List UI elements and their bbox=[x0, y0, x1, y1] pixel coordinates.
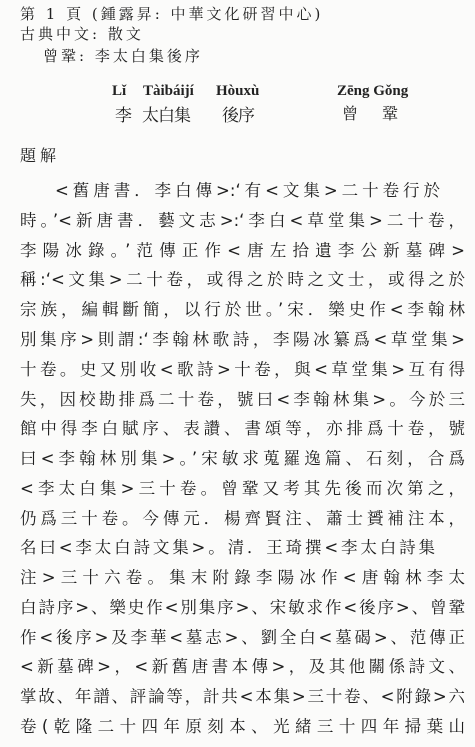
page-header-line: 第 1 頁 (鍾露昇: 中華文化研習中心) bbox=[20, 3, 323, 24]
body-line: 注>三十六卷。集末附錄李陽冰作<唐翰林李太 bbox=[20, 564, 465, 588]
body-line: 稱:‘<文集>二十卷，或得之於時之文士，或得之於 bbox=[20, 266, 465, 290]
section-heading: 題解 bbox=[20, 143, 60, 166]
body-line: <李太白集>三十卷。曾鞏又考其先後而次第之， bbox=[20, 475, 465, 499]
hanzi-author-zeng: 曾 bbox=[342, 101, 358, 124]
body-line: <舊唐書．李白傳>:‘有<文集>二十卷行於 bbox=[55, 177, 440, 201]
body-line: 時。’<新唐書．藝文志>:‘李白<草堂集>二十卷， bbox=[20, 207, 465, 231]
document-page: 第 1 頁 (鍾露昇: 中華文化研習中心) 古典中文: 散文 曾鞏: 李太白集後… bbox=[0, 0, 475, 747]
pinyin-author: Zēng Gǒng bbox=[337, 83, 408, 100]
body-line: 館中得李白賦序、表讚、書頌等，亦排爲十卷，號 bbox=[20, 415, 465, 439]
body-line: 仍爲三十卷。今傳元．楊齊賢注、蕭士贇補注本， bbox=[20, 505, 465, 529]
body-line: <新墓碑>，<新舊唐書本傳>，及其他關係詩文、 bbox=[20, 653, 465, 677]
body-line: 李陽冰錄。’范傳正作<唐左拾遺李公新墓碑> bbox=[20, 237, 465, 261]
author-title-line: 曾鞏: 李太白集後序 bbox=[43, 45, 203, 66]
body-line: 曰<李翰林別集>。’宋敏求蒐羅逸篇、石刻，合爲 bbox=[20, 445, 465, 469]
pinyin-houxu: Hòuxù bbox=[216, 83, 259, 100]
hanzi-houxu: 後序 bbox=[222, 101, 254, 126]
body-line: 掌故、年譜、評論等，計共<本集>三十卷、<附錄>六 bbox=[20, 683, 465, 707]
body-line: 名曰<李太白詩文集>。清．王琦撰<李太白詩集 bbox=[20, 534, 435, 558]
pinyin-li: Lǐ bbox=[112, 83, 126, 100]
body-line: 十卷。史又別收<歌詩>十卷，與<草堂集>互有得 bbox=[20, 356, 465, 380]
body-line: 白詩序>、樂史作<別集序>、宋敏求作<後序>、曾鞏 bbox=[20, 594, 465, 618]
body-line: 別集序>則謂:‘李翰林歌詩，李陽冰纂爲<草堂集> bbox=[20, 326, 465, 350]
hanzi-li: 李 bbox=[115, 101, 132, 126]
body-line: 失，因校勘排爲二十卷，號曰<李翰林集>。今於三 bbox=[20, 386, 465, 410]
hanzi-taibaiji: 太白集 bbox=[142, 101, 190, 126]
body-line: 宗族，編輯斷簡，以行於世。’宋．樂史作<李翰林 bbox=[20, 296, 465, 320]
body-line: 卷(乾隆二十四年原刻本、光緒三十四年掃葉山 bbox=[20, 713, 465, 737]
pinyin-taibaiji: Tàibáijí bbox=[143, 83, 194, 100]
body-line: 作<後序>及李華<墓志>、劉全白<墓碣>、范傳正 bbox=[20, 624, 465, 648]
category-line: 古典中文: 散文 bbox=[20, 23, 144, 44]
hanzi-author-gong: 鞏 bbox=[382, 101, 398, 124]
